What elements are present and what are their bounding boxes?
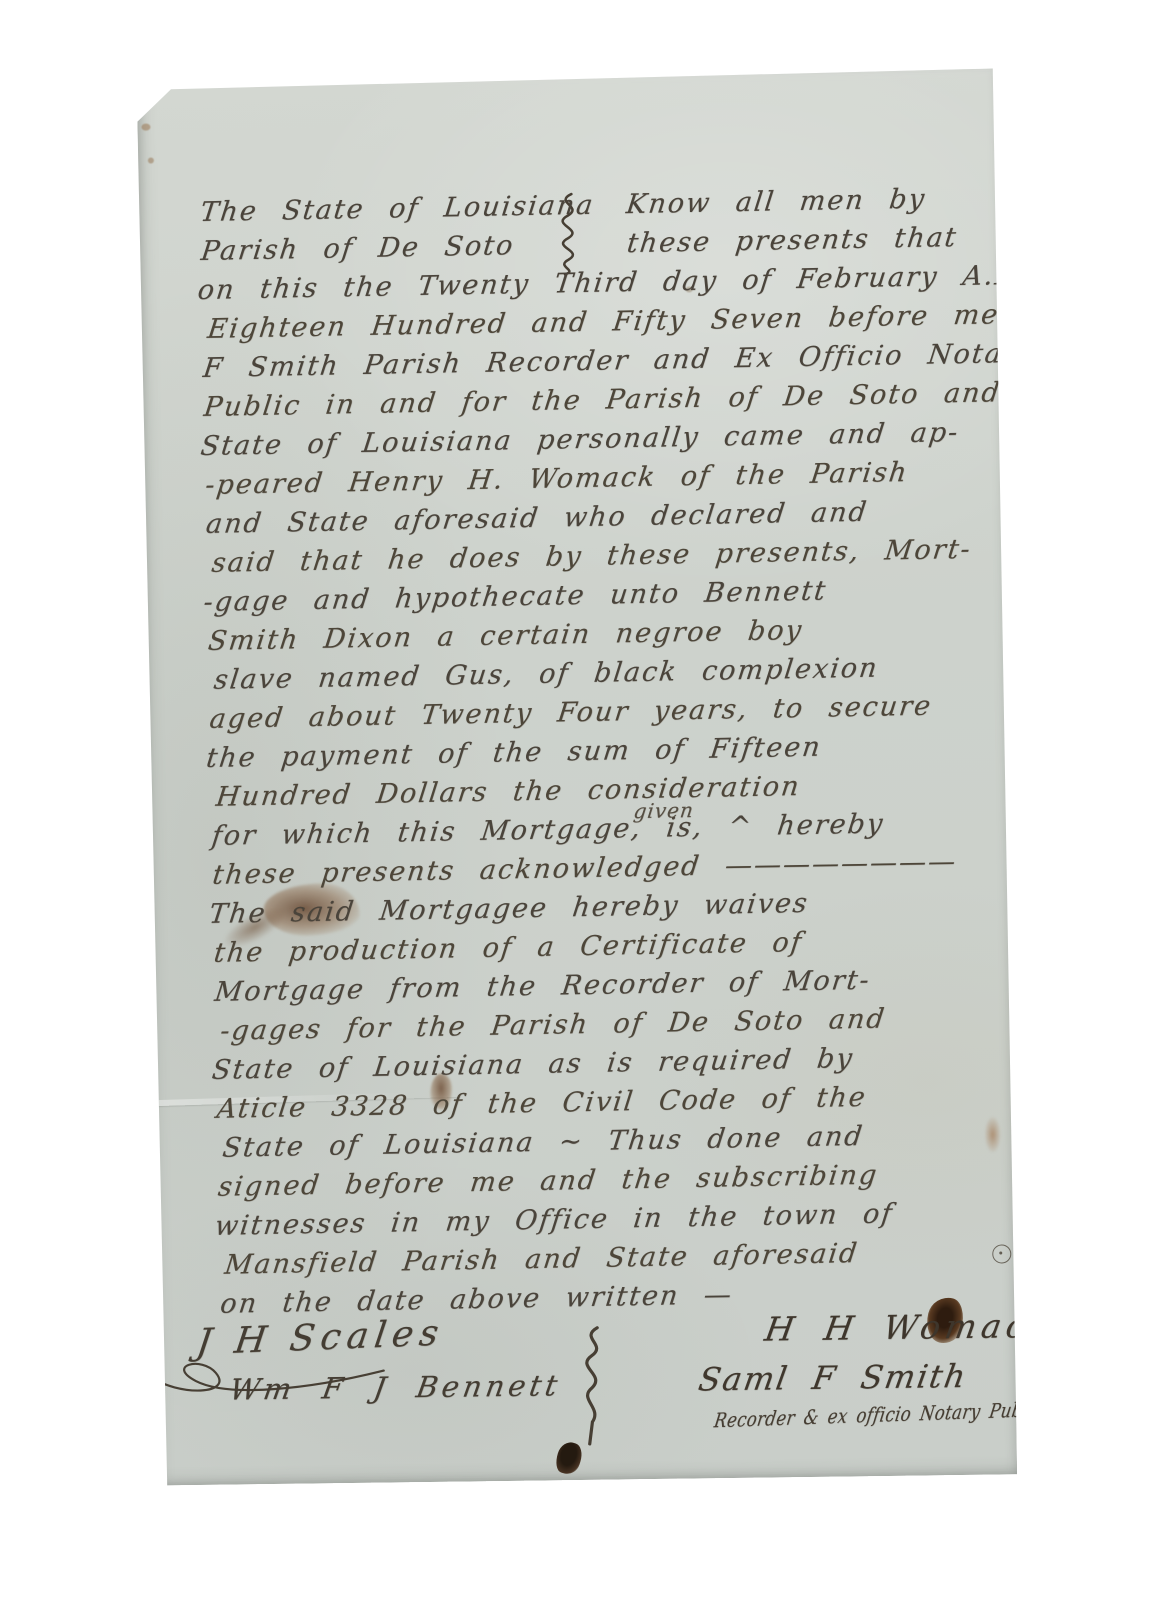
notary-signature: Saml F Smith: [696, 1357, 970, 1399]
document-page: The State of Louisiana Parish of De Soto…: [137, 68, 1017, 1485]
mortgagor-signature: H H Womack: [762, 1306, 1058, 1349]
witness-signature: Wm F J Bennett: [227, 1368, 564, 1406]
photo-background: The State of Louisiana Parish of De Soto…: [0, 0, 1154, 1600]
notary-title: Recorder & ex officio Notary Public: [713, 1397, 1046, 1432]
witness-brace-icon: [571, 1322, 613, 1455]
signature-block: J H Scales Wm F J Bennett H H Womack Sam…: [137, 68, 1017, 1485]
